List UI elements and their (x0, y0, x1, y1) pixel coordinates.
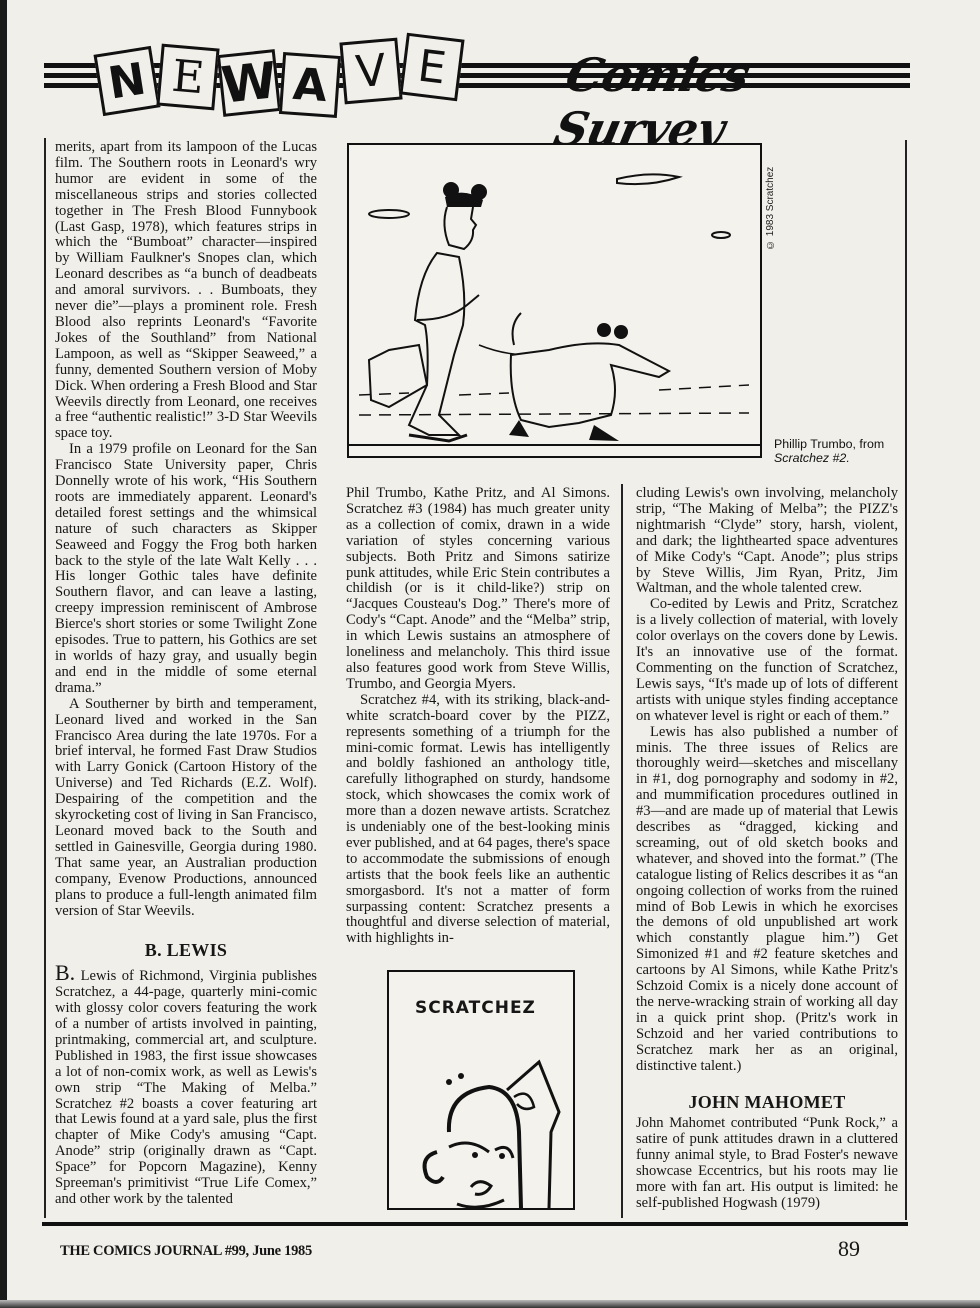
man-walking-dog-illustration (349, 145, 760, 456)
section-title-script: Comics Survey (544, 48, 922, 156)
paragraph: merits, apart from its lampoon of the Lu… (55, 140, 317, 442)
bald-head-illustration (389, 972, 573, 1208)
paragraph: Lewis has also published a number of min… (636, 725, 898, 1075)
letter-tile: E (156, 44, 219, 111)
section-heading: JOHN MAHOMET (636, 1095, 898, 1111)
paragraph: B. Lewis of Richmond, Virginia publishes… (55, 965, 317, 1208)
paragraph: cluding Lewis's own involving, melanchol… (636, 486, 898, 597)
column-rule-right (905, 140, 907, 1220)
letter-tile: W (217, 49, 281, 117)
figure-caption: Phillip Trumbo, from Scratchez #2. (774, 437, 914, 465)
page-number: 89 (838, 1236, 860, 1262)
paragraph: In a 1979 profile on Leonard for the San… (55, 442, 317, 697)
scan-edge-bottom (0, 1300, 980, 1308)
masthead: N E W A V E Comics Survey (40, 40, 910, 120)
letter-tile: A (279, 52, 341, 118)
letter-tile: N (94, 46, 161, 116)
drop-cap: B. (55, 960, 75, 985)
paragraph: A Southerner by birth and temperament, L… (55, 697, 317, 920)
letter-tile: V (339, 38, 402, 105)
scratchez-cover-art: SCRATCHEZ (387, 970, 575, 1210)
column-middle: Phil Trumbo, Kathe Pritz, and Al Simons.… (346, 486, 610, 947)
section-heading: B. LEWIS (55, 943, 317, 959)
comic-panel-trumbo (347, 143, 762, 458)
letter-tile: E (399, 33, 464, 102)
column-left: merits, apart from its lampoon of the Lu… (55, 140, 317, 1208)
publication-footer: THE COMICS JOURNAL #99, June 1985 (60, 1243, 312, 1260)
paragraph: John Mahomet contributed “Punk Rock,” a … (636, 1116, 898, 1211)
footer-rule (42, 1222, 908, 1226)
column-rule-left (44, 138, 46, 1218)
paragraph: Co-edited by Lewis and Pritz, Scratchez … (636, 597, 898, 724)
paragraph: Phil Trumbo, Kathe Pritz, and Al Simons.… (346, 486, 610, 693)
paragraph: Scratchez #4, with its striking, black-a… (346, 693, 610, 948)
scan-edge (0, 0, 7, 1308)
newave-letter-tiles: N E W A V E (98, 40, 461, 120)
column-right: cluding Lewis's own involving, melanchol… (636, 486, 898, 1212)
copyright-notice: © 1983 Scratchez (765, 140, 785, 250)
column-rule-mid (621, 484, 623, 1218)
